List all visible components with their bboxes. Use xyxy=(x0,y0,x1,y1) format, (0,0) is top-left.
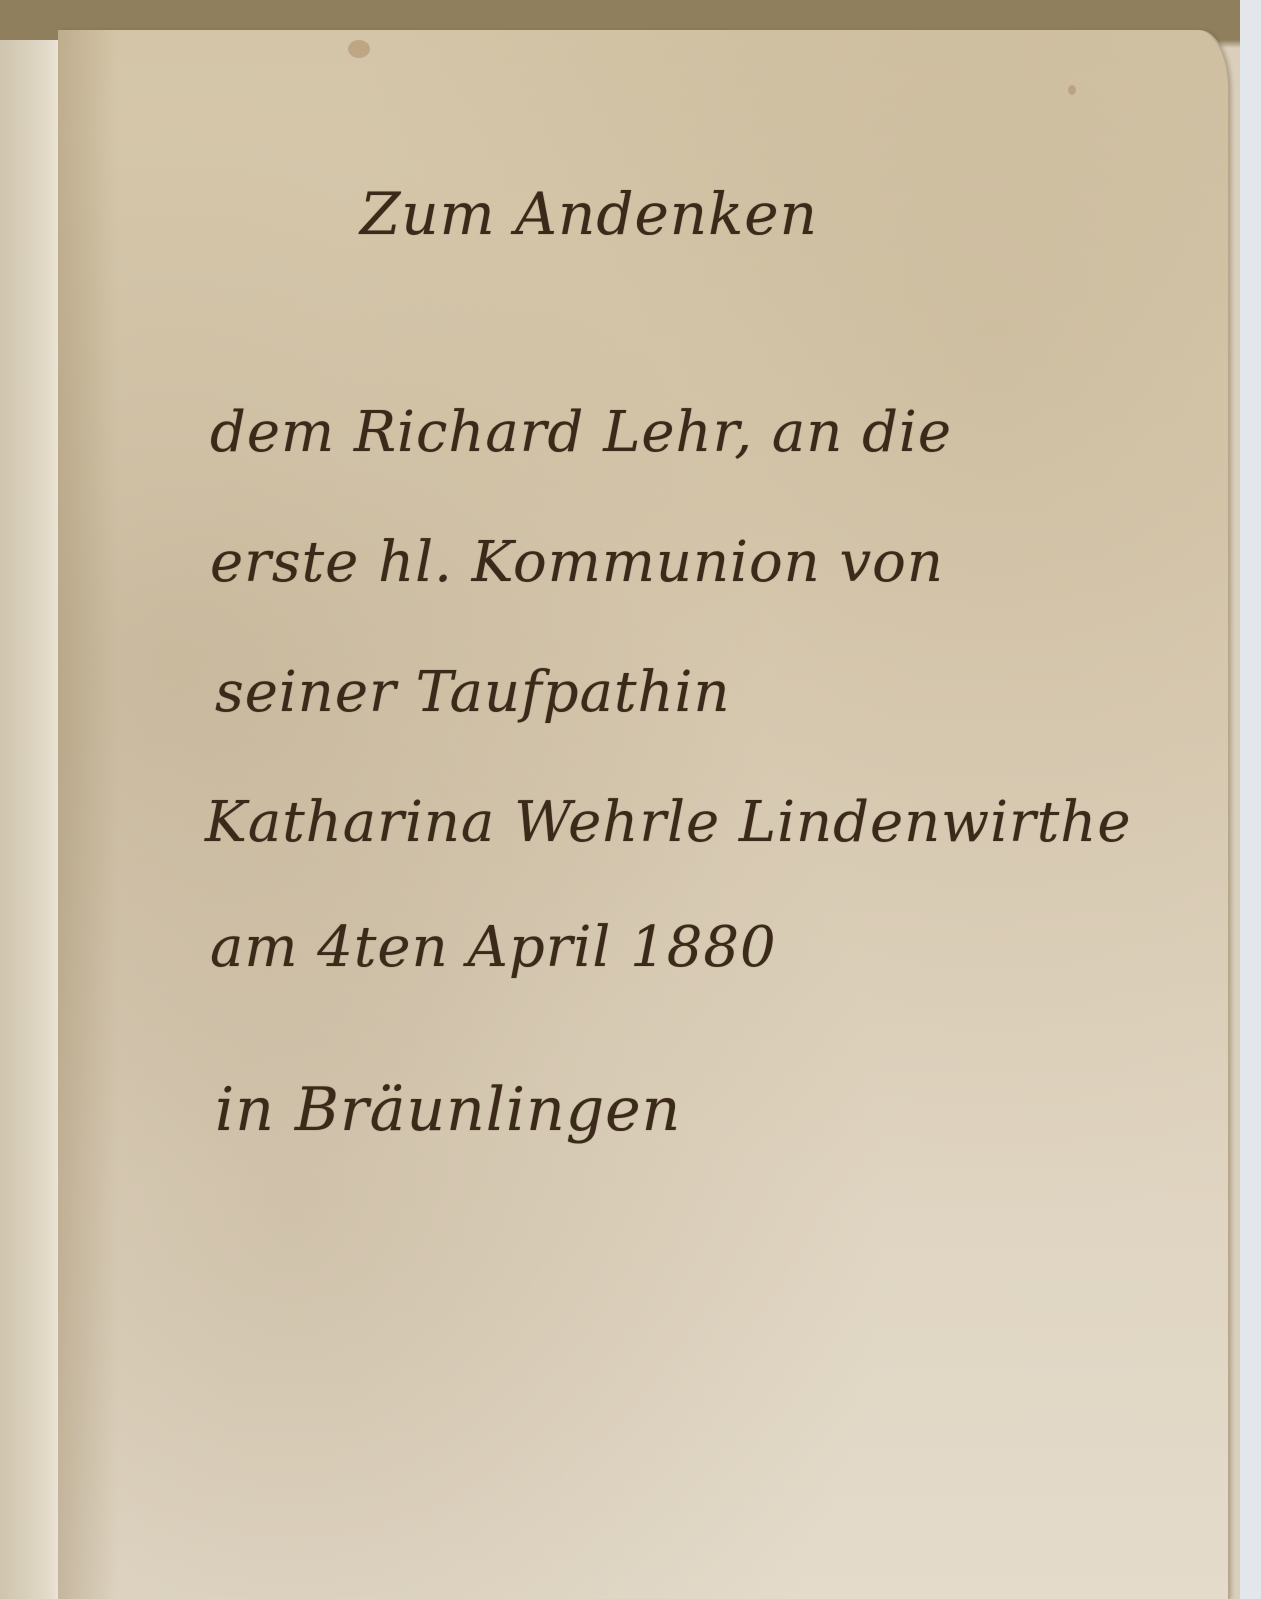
dedication-line-giver: Katharina Wehrle Lindenwirthe xyxy=(205,790,1131,855)
ink-spot xyxy=(1068,85,1076,95)
dedication-line-occasion: erste hl. Kommunion von xyxy=(210,530,944,595)
document-photo: Zum Andenken dem Richard Lehr, an die er… xyxy=(0,0,1261,1599)
ink-spot xyxy=(348,40,370,58)
heading-zum-andenken: Zum Andenken xyxy=(360,180,818,248)
dedication-line-relation: seiner Taufpathin xyxy=(215,660,731,725)
dedication-line-place: in Bräunlingen xyxy=(215,1075,681,1145)
dedication-line-date: am 4ten April 1880 xyxy=(210,915,777,980)
dedication-line-recipient: dem Richard Lehr, an die xyxy=(210,400,952,465)
left-page-fold xyxy=(0,40,64,1599)
